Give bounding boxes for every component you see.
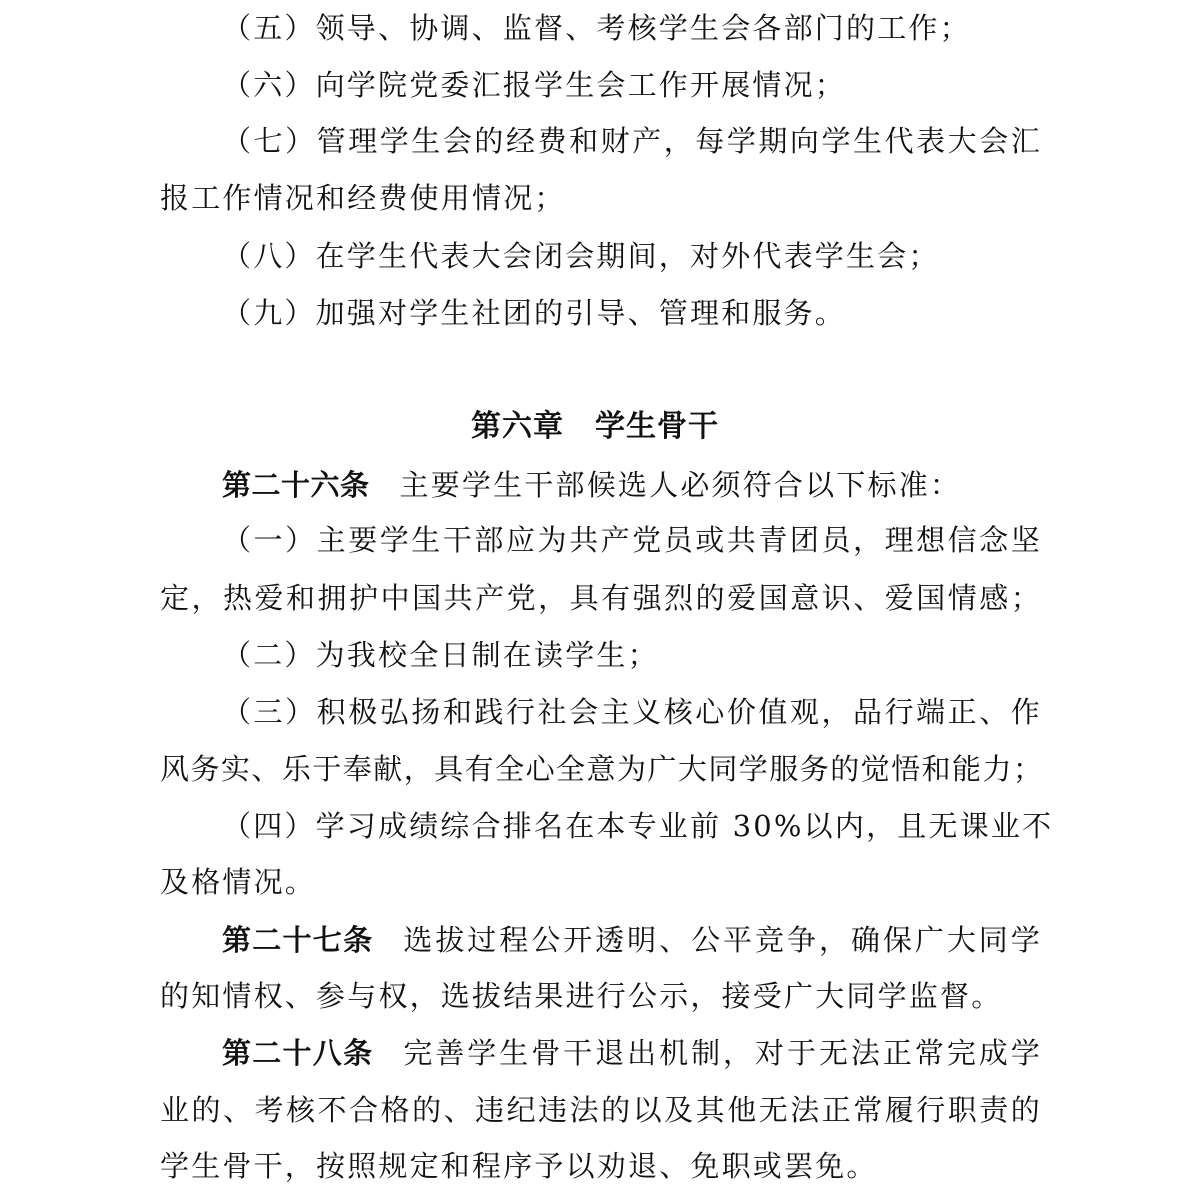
article-label: 第二十七条 (222, 923, 373, 957)
item-marker: （九） (222, 296, 316, 330)
item-text: 积极弘扬和践行社会主义核心价值观，品行端正、作 (317, 695, 1042, 729)
item-marker: （七） (222, 124, 317, 158)
item-marker: （四） (222, 809, 316, 843)
list-item-7-continuation: 报工作情况和经费使用情况； (160, 178, 1042, 218)
item-marker: （五） (222, 11, 316, 45)
chapter-title: 第六章 学生骨干 (0, 407, 1190, 447)
item-text: 领导、协调、监督、考核学生会各部门的工作； (316, 11, 971, 45)
article-27-continuation: 的知情权、参与权，选拔结果进行公示，接受广大同学监督。 (160, 976, 1042, 1016)
article-26-item-4-continuation: 及格情况。 (160, 862, 1042, 902)
item-text: 管理学生会的经费和财产，每学期向学生代表大会汇 (317, 124, 1042, 158)
article-28-continuation: 业的、考核不合格的、违纪违法的以及其他无法正常履行职责的 (160, 1090, 1042, 1130)
article-text: 选拔过程公开透明、公平竞争，确保广大同学 (403, 923, 1042, 957)
item-text: 在学生代表大会闭会期间，对外代表学生会； (316, 239, 940, 273)
article-26-item-1: （一）主要学生干部应为共产党员或共青团员，理想信念坚 (222, 520, 1042, 560)
item-text: 为我校全日制在读学生； (316, 638, 659, 672)
list-item-5: （五）领导、协调、监督、考核学生会各部门的工作； (222, 8, 1042, 48)
article-26-item-2: （二）为我校全日制在读学生； (222, 635, 1042, 675)
article-26-item-4: （四）学习成绩综合排名在本专业前 30%以内，且无课业不 (222, 806, 1042, 846)
item-text: 主要学生干部应为共产党员或共青团员，理想信念坚 (317, 523, 1042, 557)
item-marker: （八） (222, 239, 316, 273)
article-27: 第二十七条选拔过程公开透明、公平竞争，确保广大同学 (222, 920, 1042, 960)
item-marker: （一） (222, 523, 317, 557)
item-marker: （二） (222, 638, 316, 672)
article-label: 第二十八条 (222, 1036, 373, 1070)
list-item-7: （七）管理学生会的经费和财产，每学期向学生代表大会汇 (222, 121, 1042, 161)
list-item-9: （九）加强对学生社团的引导、管理和服务。 (222, 293, 1042, 333)
article-26: 第二十六条主要学生干部候选人必须符合以下标准： (222, 465, 1042, 505)
article-label: 第二十六条 (222, 468, 370, 502)
article-text: 完善学生骨干退出机制，对于无法正常完成学 (403, 1036, 1042, 1070)
article-26-item-1-continuation: 定，热爱和拥护中国共产党，具有强烈的爱国意识、爱国情感； (160, 578, 1042, 618)
item-text: 加强对学生社团的引导、管理和服务。 (316, 296, 846, 330)
article-26-item-3: （三）积极弘扬和践行社会主义核心价值观，品行端正、作 (222, 692, 1042, 732)
article-26-item-3-continuation: 风务实、乐于奉献，具有全心全意为广大同学服务的觉悟和能力； (160, 749, 1042, 789)
article-28-continuation-2: 学生骨干，按照规定和程序予以劝退、免职或罢免。 (160, 1146, 1042, 1186)
item-marker: （六） (222, 68, 316, 102)
article-28: 第二十八条完善学生骨干退出机制，对于无法正常完成学 (222, 1033, 1042, 1073)
item-marker: （三） (222, 695, 317, 729)
item-text: 学习成绩综合排名在本专业前 30%以内，且无课业不 (316, 809, 1054, 843)
item-text: 向学院党委汇报学生会工作开展情况； (316, 68, 846, 102)
list-item-6: （六）向学院党委汇报学生会工作开展情况； (222, 65, 1042, 105)
article-text: 主要学生干部候选人必须符合以下标准： (400, 468, 962, 502)
list-item-8: （八）在学生代表大会闭会期间，对外代表学生会； (222, 236, 1042, 276)
